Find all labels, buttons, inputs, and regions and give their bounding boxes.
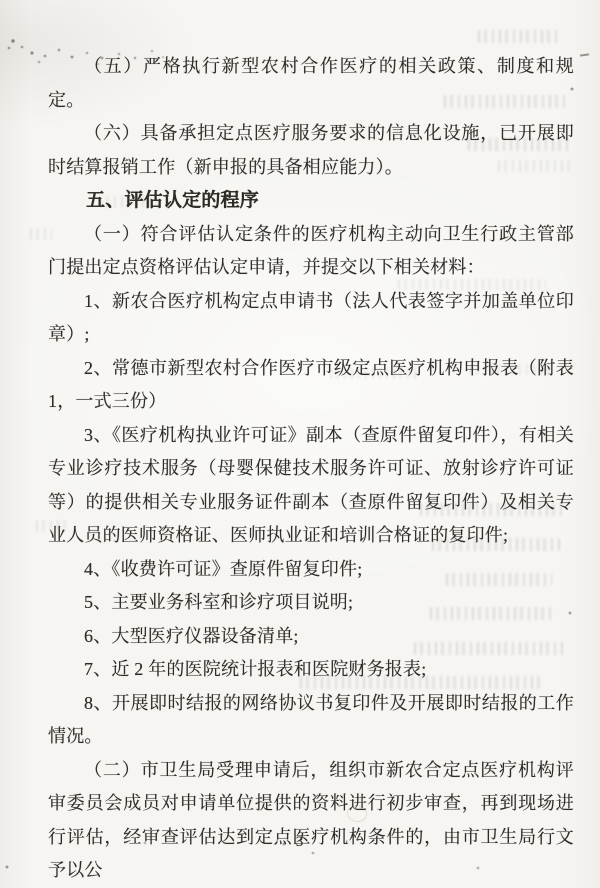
list-item-3: 3、《医疗机构执业许可证》副本（查原件留复印件），有相关专业诊疗技术服务（母婴保… xyxy=(48,419,574,553)
paragraph-item-5: （五）严格执行新型农村合作医疗的相关政策、制度和规定。 xyxy=(48,50,574,117)
section-heading-procedure: 五、评估认定的程序 xyxy=(48,184,574,218)
paragraph-item-sub2: （二）市卫生局受理申请后，组织市新农合定点医疗机构评审委员会成员对申请单位提供的… xyxy=(48,754,574,888)
pen-dash-artifact xyxy=(580,53,589,56)
list-item-8: 8、开展即时结报的网络协议书复印件及开展即时结报的工作情况。 xyxy=(48,687,574,754)
list-item-6: 6、大型医疗仪器设备清单; xyxy=(48,620,574,654)
list-item-5: 5、主要业务科室和诊疗项目说明; xyxy=(48,586,574,620)
list-item-2: 2、常德市新型农村合作医疗市级定点医疗机构申报表（附表1，一式三份） xyxy=(48,352,574,419)
list-item-7: 7、近 2 年的医院统计报表和医院财务报表; xyxy=(48,653,574,687)
paragraph-item-sub1: （一）符合评估认定条件的医疗机构主动向卫生行政主管部门提出定点资格评估认定申请，… xyxy=(48,218,574,285)
list-item-1: 1、新农合医疗机构定点申请书（法人代表签字并加盖单位印章）; xyxy=(48,285,574,352)
page-number: 3 xyxy=(0,834,600,851)
paragraph-item-6: （六）具备承担定点医疗服务要求的信息化设施，已开展即时结算报销工作（新申报的具备… xyxy=(48,117,574,184)
list-item-4: 4、《收费许可证》查原件留复印件; xyxy=(48,553,574,587)
bleed-through-mark xyxy=(478,30,562,43)
scanned-document-page: （五）严格执行新型农村合作医疗的相关政策、制度和规定。 （六）具备承担定点医疗服… xyxy=(0,0,600,888)
scan-noise-speckles xyxy=(0,0,2,2)
document-body: （五）严格执行新型农村合作医疗的相关政策、制度和规定。 （六）具备承担定点医疗服… xyxy=(48,50,574,888)
